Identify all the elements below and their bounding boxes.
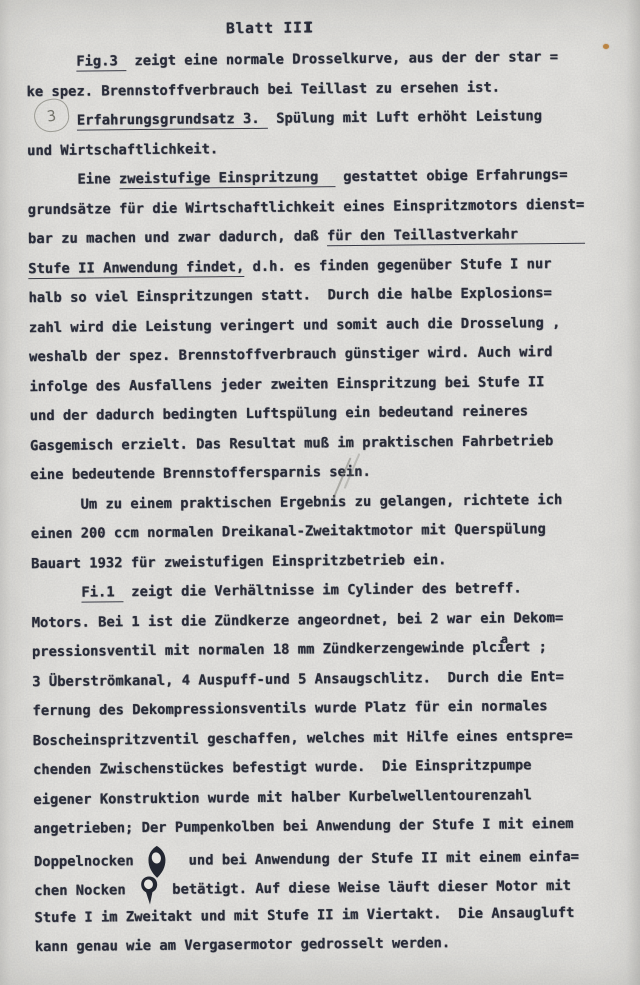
- text-line: Boscheinspritzventil geschaffen, welches…: [33, 721, 633, 756]
- text-segment: zeigt die Verhältnisse im Cylinder des b…: [123, 580, 522, 600]
- underlined-text: Fi.1: [81, 584, 123, 602]
- text-segment: Um zu einem praktischen Ergebnis zu gela…: [80, 492, 562, 513]
- text-line: kann genau wie am Vergasermotor gedrosse…: [35, 927, 635, 962]
- pencil-number: 3: [46, 106, 57, 125]
- text-segment: eigener Konstruktion wurde mit halber Ku…: [33, 787, 532, 808]
- text-line: Erfahrungsgrundsatz 3. Spülung mit Luft …: [27, 101, 627, 136]
- text-segment: chenden Zwischenstückes befestigt wurde.…: [33, 757, 532, 778]
- page-title: Blatt III: [226, 19, 313, 37]
- underlined-text: Stufe II Anwendung findet,: [28, 259, 244, 279]
- text-segment: Motors. Bei 1 ist die Zündkerze angeordn…: [32, 609, 564, 630]
- text-segment: Gasgemisch erzielt. Das Resultat muß im …: [30, 433, 553, 454]
- underlined-text: Erfahrungsgrundsatz 3.: [77, 111, 268, 131]
- text-segment: zeigt eine normale Drosselkurve, aus der…: [126, 49, 558, 69]
- text-segment: Boscheinspritzventil geschaffen, welches…: [33, 727, 573, 748]
- inserted-letter-correction: a: [501, 632, 508, 646]
- scanned-page: Blatt III Fig.3 zeigt eine normale Dross…: [0, 0, 640, 985]
- text-segment: kann genau wie am Vergasermotor gedrosse…: [35, 935, 450, 955]
- text-segment: grundsätze für die Wirtschaftlichkeit ei…: [28, 196, 585, 217]
- text-segment: und Wirtschaftlichkeit.: [27, 141, 218, 159]
- text-line: einen 200 ccm normalen Dreikanal-Zweitak…: [31, 514, 631, 549]
- text-segment: fernung des Dekompressionsventils wurde …: [32, 698, 547, 719]
- text-segment: d.h. es finden gegenüber Stufe I nur: [244, 256, 551, 275]
- typed-text-block: Blatt III Fig.3 zeigt eine normale Dross…: [0, 0, 640, 5]
- text-segment: gestattet obige Erfahrungs=: [335, 167, 568, 185]
- ink-stain-dot: [603, 44, 609, 49]
- text-segment: 3 Überströmkanal, 4 Auspuff-und 5 Ansaug…: [32, 668, 564, 689]
- text-segment: Stufe I im Zweitakt und mit Stufe II im …: [34, 904, 574, 925]
- text-segment: infolge des Ausfallens jeder zweiten Ein…: [29, 374, 544, 395]
- text-line: infolge des Ausfallens jeder zweiten Ein…: [29, 367, 629, 402]
- text-segment: bar zu machen und zwar dadurch, daß: [28, 228, 327, 247]
- text-segment: einen 200 ccm normalen Dreikanal-Zweitak…: [31, 521, 546, 542]
- text-line: Stufe I im Zweitakt und mit Stufe II im …: [34, 898, 634, 933]
- text-segment: Doppelnocken: [34, 853, 142, 870]
- document-body: Fig.3 zeigt eine normale Drosselkurve, a…: [26, 42, 635, 962]
- page-title-overstrike: I: [304, 19, 314, 36]
- page-title-text: Blatt II: [226, 19, 303, 37]
- text-segment: und bei Anwendung der Stufe II mit einem…: [172, 848, 579, 868]
- text-segment: Eine: [77, 171, 119, 187]
- underlined-text: für den Teillastverkahr: [327, 226, 585, 246]
- underlined-text: Fig.3: [76, 53, 126, 71]
- text-segment: Spülung mit Luft erhöht Leistung: [268, 108, 542, 127]
- text-segment: pressionsventil mit normalen 18 mm Zündk…: [32, 639, 547, 660]
- text-segment: chen Nocken: [34, 882, 134, 899]
- text-segment: angetrieben; Der Pumpenkolben bei Anwend…: [34, 816, 574, 837]
- text-segment: weshalb der spez. Brennstoffverbrauch gü…: [29, 344, 552, 365]
- text-segment: halb so viel Einspritzungen statt. Durch…: [28, 285, 551, 306]
- underlined-text: zweistufige Einspritzung: [119, 169, 335, 189]
- text-segment: betätigt. Auf diese Weise läuft dieser M…: [164, 878, 571, 898]
- text-segment: zahl wird die Leistung veringert und som…: [29, 315, 561, 336]
- text-segment: eine bedeutende Brennstoffersparnis sein…: [30, 464, 371, 483]
- double-cam-icon: [145, 845, 169, 875]
- text-line: Gasgemisch erzielt. Das Resultat muß im …: [30, 426, 630, 461]
- scan-edge-shadow-right: [626, 0, 640, 985]
- scan-edge-shadow-left: [0, 0, 10, 985]
- text-segment: und der dadurch bedingten Luftspülung ei…: [30, 403, 529, 424]
- text-segment: Bauart 1932 für zweistufigen Einspritzbe…: [31, 552, 446, 572]
- single-cam-icon: [137, 875, 161, 905]
- text-segment: ke spez. Brennstoffverbrauch bei Teillas…: [26, 79, 500, 100]
- text-line: Fig.3 zeigt eine normale Drosselkurve, a…: [26, 42, 626, 77]
